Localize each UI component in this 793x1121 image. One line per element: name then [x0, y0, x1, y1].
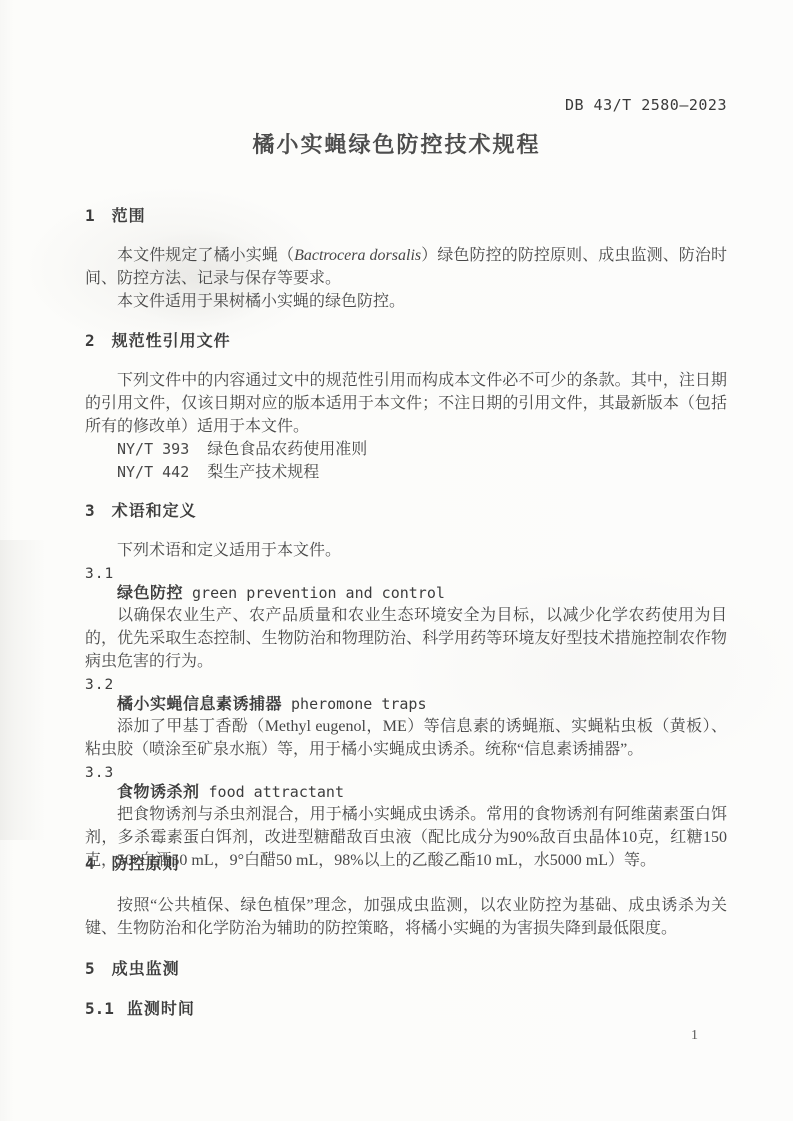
scope-text-pre: 本文件规定了橘小实蝇（	[117, 247, 294, 264]
term-number: 3.2	[85, 676, 727, 694]
scan-edge-shadow	[0, 540, 46, 840]
page-number: 1	[691, 1028, 698, 1044]
term-name-line: 橘小实蝇信息素诱捕器pheromone traps	[85, 694, 727, 715]
section-5-heading: 5成虫监测	[85, 958, 727, 981]
section-control-principles: 4防控原则 按照“公共植保、绿色植保”理念，加强成虫监测，以农业防控为基础、成虫…	[85, 853, 727, 940]
principles-paragraph: 按照“公共植保、绿色植保”理念，加强成虫监测，以农业防控为基础、成虫诱杀为关键、…	[85, 894, 727, 940]
term-chinese: 食物诱杀剂	[117, 784, 200, 801]
section-2-heading: 2规范性引用文件	[85, 330, 727, 353]
section-adult-monitoring: 5成虫监测	[85, 958, 727, 981]
section-1-title: 范围	[112, 208, 146, 225]
term-name-line: 绿色防控green prevention and control	[85, 583, 727, 604]
term-english: green prevention and control	[192, 584, 445, 602]
term-entry-3-1: 3.1 绿色防控green prevention and control 以确保…	[85, 565, 727, 673]
reference-item: NY/T 393绿色食品农药使用准则	[85, 438, 727, 461]
term-entry-3-2: 3.2 橘小实蝇信息素诱捕器pheromone traps 添加了甲基丁香酚（M…	[85, 676, 727, 761]
section-5-number: 5	[85, 958, 95, 980]
term-definition: 添加了甲基丁香酚（Methyl eugenol，ME）等信息素的诱蝇瓶、实蝇粘虫…	[85, 715, 727, 761]
section-2-number: 2	[85, 330, 95, 352]
references-intro-paragraph: 下列文件中的内容通过文中的规范性引用而构成本文件必不可少的条款。其中，注日期的引…	[85, 369, 727, 438]
term-number: 3.1	[85, 565, 727, 583]
document-title: 橘小实蝇绿色防控技术规程	[0, 130, 793, 160]
section-terms-definitions: 3术语和定义 下列术语和定义适用于本文件。 3.1 绿色防控green prev…	[85, 500, 727, 872]
reference-code: NY/T 442	[117, 463, 189, 481]
species-latin-name: Bactrocera dorsalis	[294, 247, 421, 264]
reference-list: NY/T 393绿色食品农药使用准则 NY/T 442梨生产技术规程	[85, 438, 727, 484]
section-1-number: 1	[85, 205, 95, 227]
section-3-heading: 3术语和定义	[85, 500, 727, 523]
section-5-1-title: 监测时间	[127, 1001, 195, 1018]
scope-paragraph-2: 本文件适用于果树橘小实蝇的绿色防控。	[85, 290, 727, 313]
scope-paragraph-1: 本文件规定了橘小实蝇（Bactrocera dorsalis）绿色防控的防控原则…	[85, 244, 727, 290]
section-5-1-number: 5.1	[85, 998, 114, 1020]
section-2-title: 规范性引用文件	[112, 333, 231, 350]
term-english: food attractant	[209, 783, 344, 801]
term-english: pheromone traps	[291, 695, 426, 713]
section-3-number: 3	[85, 500, 95, 522]
term-name-line: 食物诱杀剂food attractant	[85, 782, 727, 803]
section-4-number: 4	[85, 853, 95, 875]
term-definition: 以确保农业生产、农产品质量和农业生态环境安全为目标，以减少化学农药使用为目的，优…	[85, 604, 727, 673]
reference-code: NY/T 393	[117, 440, 189, 458]
section-5-1-heading: 5.1监测时间	[85, 998, 727, 1021]
reference-item: NY/T 442梨生产技术规程	[85, 461, 727, 484]
term-chinese: 绿色防控	[117, 585, 183, 602]
term-number: 3.3	[85, 764, 727, 782]
subsection-monitoring-time: 5.1监测时间	[85, 998, 727, 1021]
scanned-document-page: DB 43/T 2580—2023 橘小实蝇绿色防控技术规程 1范围 本文件规定…	[0, 0, 793, 1121]
section-5-title: 成虫监测	[112, 961, 180, 978]
section-1-heading: 1范围	[85, 205, 727, 228]
section-4-heading: 4防控原则	[85, 853, 727, 876]
reference-name: 绿色食品农药使用准则	[207, 441, 367, 458]
terms-intro: 下列术语和定义适用于本文件。	[85, 539, 727, 562]
section-normative-references: 2规范性引用文件 下列文件中的内容通过文中的规范性引用而构成本文件必不可少的条款…	[85, 330, 727, 484]
term-chinese: 橘小实蝇信息素诱捕器	[117, 696, 282, 713]
reference-name: 梨生产技术规程	[207, 464, 319, 481]
section-4-title: 防控原则	[112, 856, 180, 873]
section-3-title: 术语和定义	[112, 503, 197, 520]
standard-number: DB 43/T 2580—2023	[565, 96, 727, 114]
section-scope: 1范围 本文件规定了橘小实蝇（Bactrocera dorsalis）绿色防控的…	[85, 205, 727, 313]
